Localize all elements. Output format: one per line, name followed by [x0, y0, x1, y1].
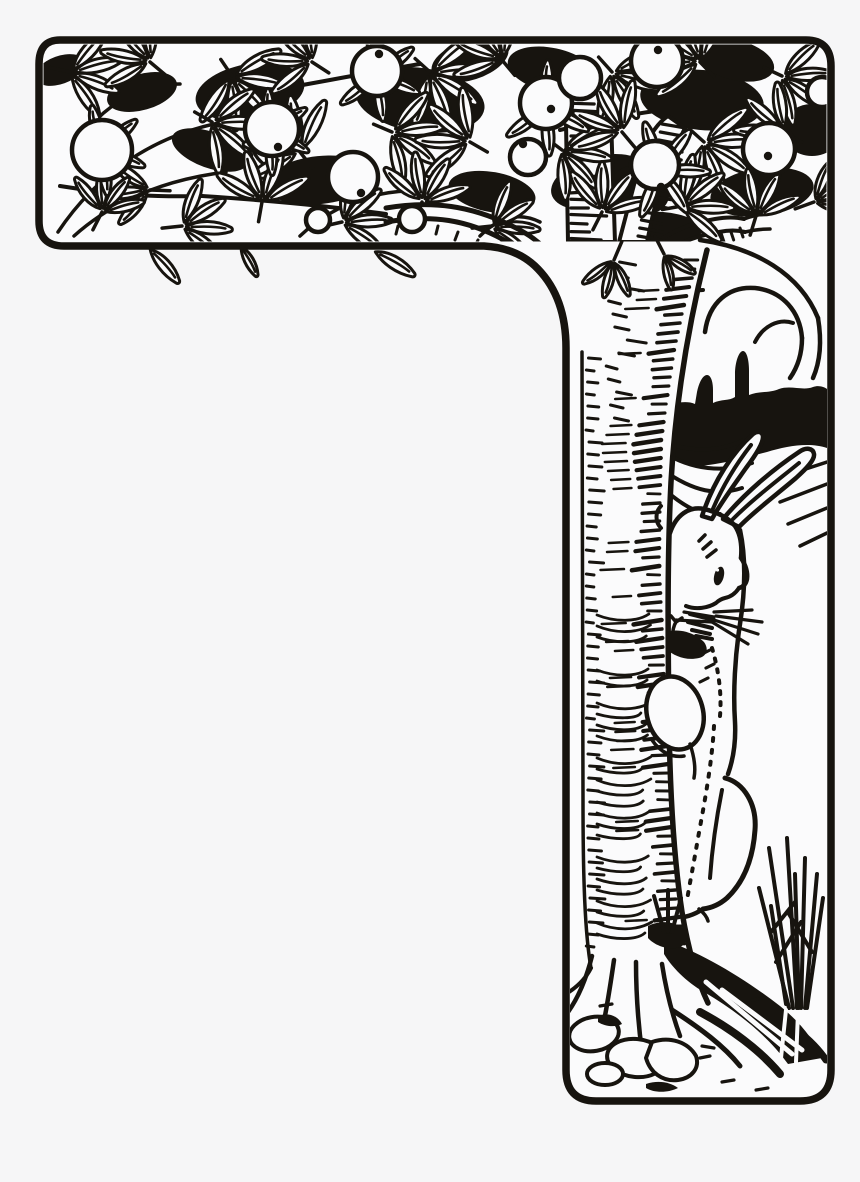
apple-calyx-dot: [654, 46, 662, 54]
bark-dash: [650, 809, 671, 811]
bark-dash: [654, 377, 670, 378]
bark-dash: [608, 470, 628, 471]
whisker: [676, 620, 712, 622]
bark-dash: [609, 542, 629, 543]
apple-outline: [743, 123, 795, 175]
ground-tick: [722, 1080, 734, 1082]
cluster-stem: [162, 226, 182, 228]
bark-dash: [653, 359, 672, 361]
bark-dash: [586, 394, 594, 395]
bark-dash: [589, 862, 602, 863]
bark-dash: [588, 406, 599, 407]
bark-dash: [602, 623, 626, 624]
bark-dash: [664, 296, 686, 299]
bark-dash: [590, 766, 604, 767]
rock: [646, 1040, 697, 1081]
bark-dash: [589, 442, 602, 443]
bark-dash: [586, 718, 594, 719]
apple: [328, 152, 378, 202]
cluster-stem: [150, 190, 170, 191]
bark-dash: [613, 596, 631, 597]
apple-calyx-dot: [764, 152, 772, 160]
bark-dash: [601, 569, 624, 570]
bark-dash: [587, 478, 597, 479]
bark-dash: [661, 323, 680, 325]
bark-dash: [643, 557, 659, 558]
illustration-canvas: [0, 0, 860, 1182]
apple-calyx-dot: [547, 105, 555, 113]
apple-calyx-dot: [375, 50, 383, 58]
bark-dash: [586, 574, 594, 575]
bark-dash: [587, 610, 596, 611]
bark-dash: [657, 863, 673, 864]
ground-tick: [700, 1056, 710, 1058]
apple: [72, 120, 132, 180]
apple: [631, 141, 679, 191]
apple: [510, 139, 546, 175]
bark-dash: [653, 386, 669, 387]
bark-dash: [639, 593, 660, 595]
bark-dash: [665, 314, 682, 315]
bark-dash: [615, 731, 635, 732]
bark-dash: [588, 358, 600, 359]
bark-dash: [588, 382, 598, 383]
bark-dash: [642, 602, 661, 604]
bark-dash: [649, 413, 665, 414]
bark-dash: [571, 223, 587, 224]
bark-dash: [586, 550, 594, 551]
bark-dash: [586, 430, 593, 431]
bark-dash: [614, 488, 632, 489]
bark-dash: [607, 551, 627, 552]
bark-dash: [616, 821, 638, 822]
ground-tick: [600, 1004, 612, 1006]
bark-dash: [625, 308, 648, 309]
bark-dash: [603, 452, 626, 453]
bough-tick: [521, 266, 526, 274]
bark-dash: [587, 538, 597, 539]
bark-dash: [590, 874, 604, 875]
bark-dash: [605, 461, 627, 462]
apple: [352, 46, 402, 96]
rock: [587, 1063, 623, 1085]
apple-calyx-dot: [519, 140, 527, 148]
bark-dash: [655, 872, 675, 874]
bark-dash: [658, 332, 678, 334]
bark-dash: [641, 530, 659, 531]
apple-outline: [399, 206, 425, 232]
bark-dash: [590, 490, 604, 491]
bark-dash: [589, 850, 602, 851]
apple: [743, 123, 795, 175]
apple: [399, 206, 425, 232]
apple: [559, 57, 601, 99]
bark-dash: [586, 946, 594, 947]
apple-outline: [328, 152, 378, 202]
bark-dash: [626, 920, 647, 921]
bark-dash: [610, 677, 631, 678]
apple-outline: [559, 57, 601, 99]
bark-dash: [589, 466, 602, 467]
apple: [245, 102, 299, 156]
bark-dash: [589, 778, 601, 779]
bark-dash: [571, 238, 601, 240]
bark-dash: [616, 830, 638, 831]
bark-dash: [657, 341, 676, 343]
rabbit-eye-highlight: [716, 568, 719, 571]
apple-outline: [72, 120, 132, 180]
bark-dash: [642, 584, 660, 585]
bark-dash: [615, 650, 633, 651]
bark-dash: [652, 755, 668, 756]
bark-dash: [588, 646, 599, 647]
ground-tick: [752, 998, 764, 1000]
bark-dash: [638, 476, 660, 479]
bark-dash: [673, 278, 692, 280]
bark-dash: [586, 586, 594, 587]
bark-dash: [589, 514, 601, 515]
bark-dash: [590, 562, 604, 563]
bough-tick: [436, 226, 438, 234]
bark-dash: [615, 722, 635, 723]
bark-dash: [615, 398, 635, 399]
apple-calyx-dot: [357, 189, 365, 197]
bark-dash: [590, 898, 605, 899]
bark-dash: [652, 368, 671, 370]
apple-calyx-dot: [274, 143, 282, 151]
bark-dash: [643, 656, 663, 658]
apple-outline: [245, 102, 299, 156]
ground-tick: [756, 1088, 768, 1090]
bark-dash: [607, 434, 629, 435]
bark-dash: [589, 742, 601, 743]
ground-tick: [702, 1046, 714, 1048]
bark-dash: [641, 647, 662, 649]
bark-dash: [588, 418, 598, 419]
bark-dash: [589, 910, 601, 911]
grass-blade-light: [796, 1012, 798, 1062]
bark-dash: [586, 370, 594, 371]
whisker: [714, 610, 752, 612]
bark-dash: [611, 425, 632, 426]
bark-dash: [588, 634, 600, 635]
bark-dash: [588, 886, 599, 887]
bark-dash: [589, 502, 602, 503]
apple-outline: [510, 139, 546, 175]
apple-outline: [306, 208, 330, 232]
bark-dash: [588, 454, 599, 455]
bark-dash: [590, 730, 604, 731]
leaf: [148, 244, 182, 288]
bark-dash: [588, 694, 599, 695]
bough-tick: [396, 226, 398, 234]
bark-dash: [588, 658, 598, 659]
bark-dash: [611, 749, 633, 750]
bark-dash: [613, 767, 635, 768]
bark-dash: [602, 443, 626, 444]
apple-outline: [631, 141, 679, 189]
bark-dash: [611, 479, 630, 480]
bark-dash: [643, 629, 662, 631]
bark-dash: [588, 826, 598, 827]
bark-dash: [639, 485, 660, 487]
bark-dash: [571, 103, 594, 104]
bark-dash: [586, 622, 593, 623]
rabbit-apple-tree-illustration: [0, 0, 860, 1182]
overhang-leaf: [148, 244, 182, 288]
apple: [306, 208, 330, 232]
bark-dash: [588, 706, 598, 707]
bark-dash: [588, 838, 599, 839]
apple-calyx-dot: [657, 183, 665, 191]
bark-dash: [587, 598, 595, 599]
bark-dash: [587, 526, 596, 527]
bark-dash: [588, 754, 599, 755]
bark-dash: [653, 845, 673, 847]
bough-tick: [507, 257, 512, 265]
bark-dash: [637, 299, 656, 300]
bark-dash: [643, 503, 660, 504]
